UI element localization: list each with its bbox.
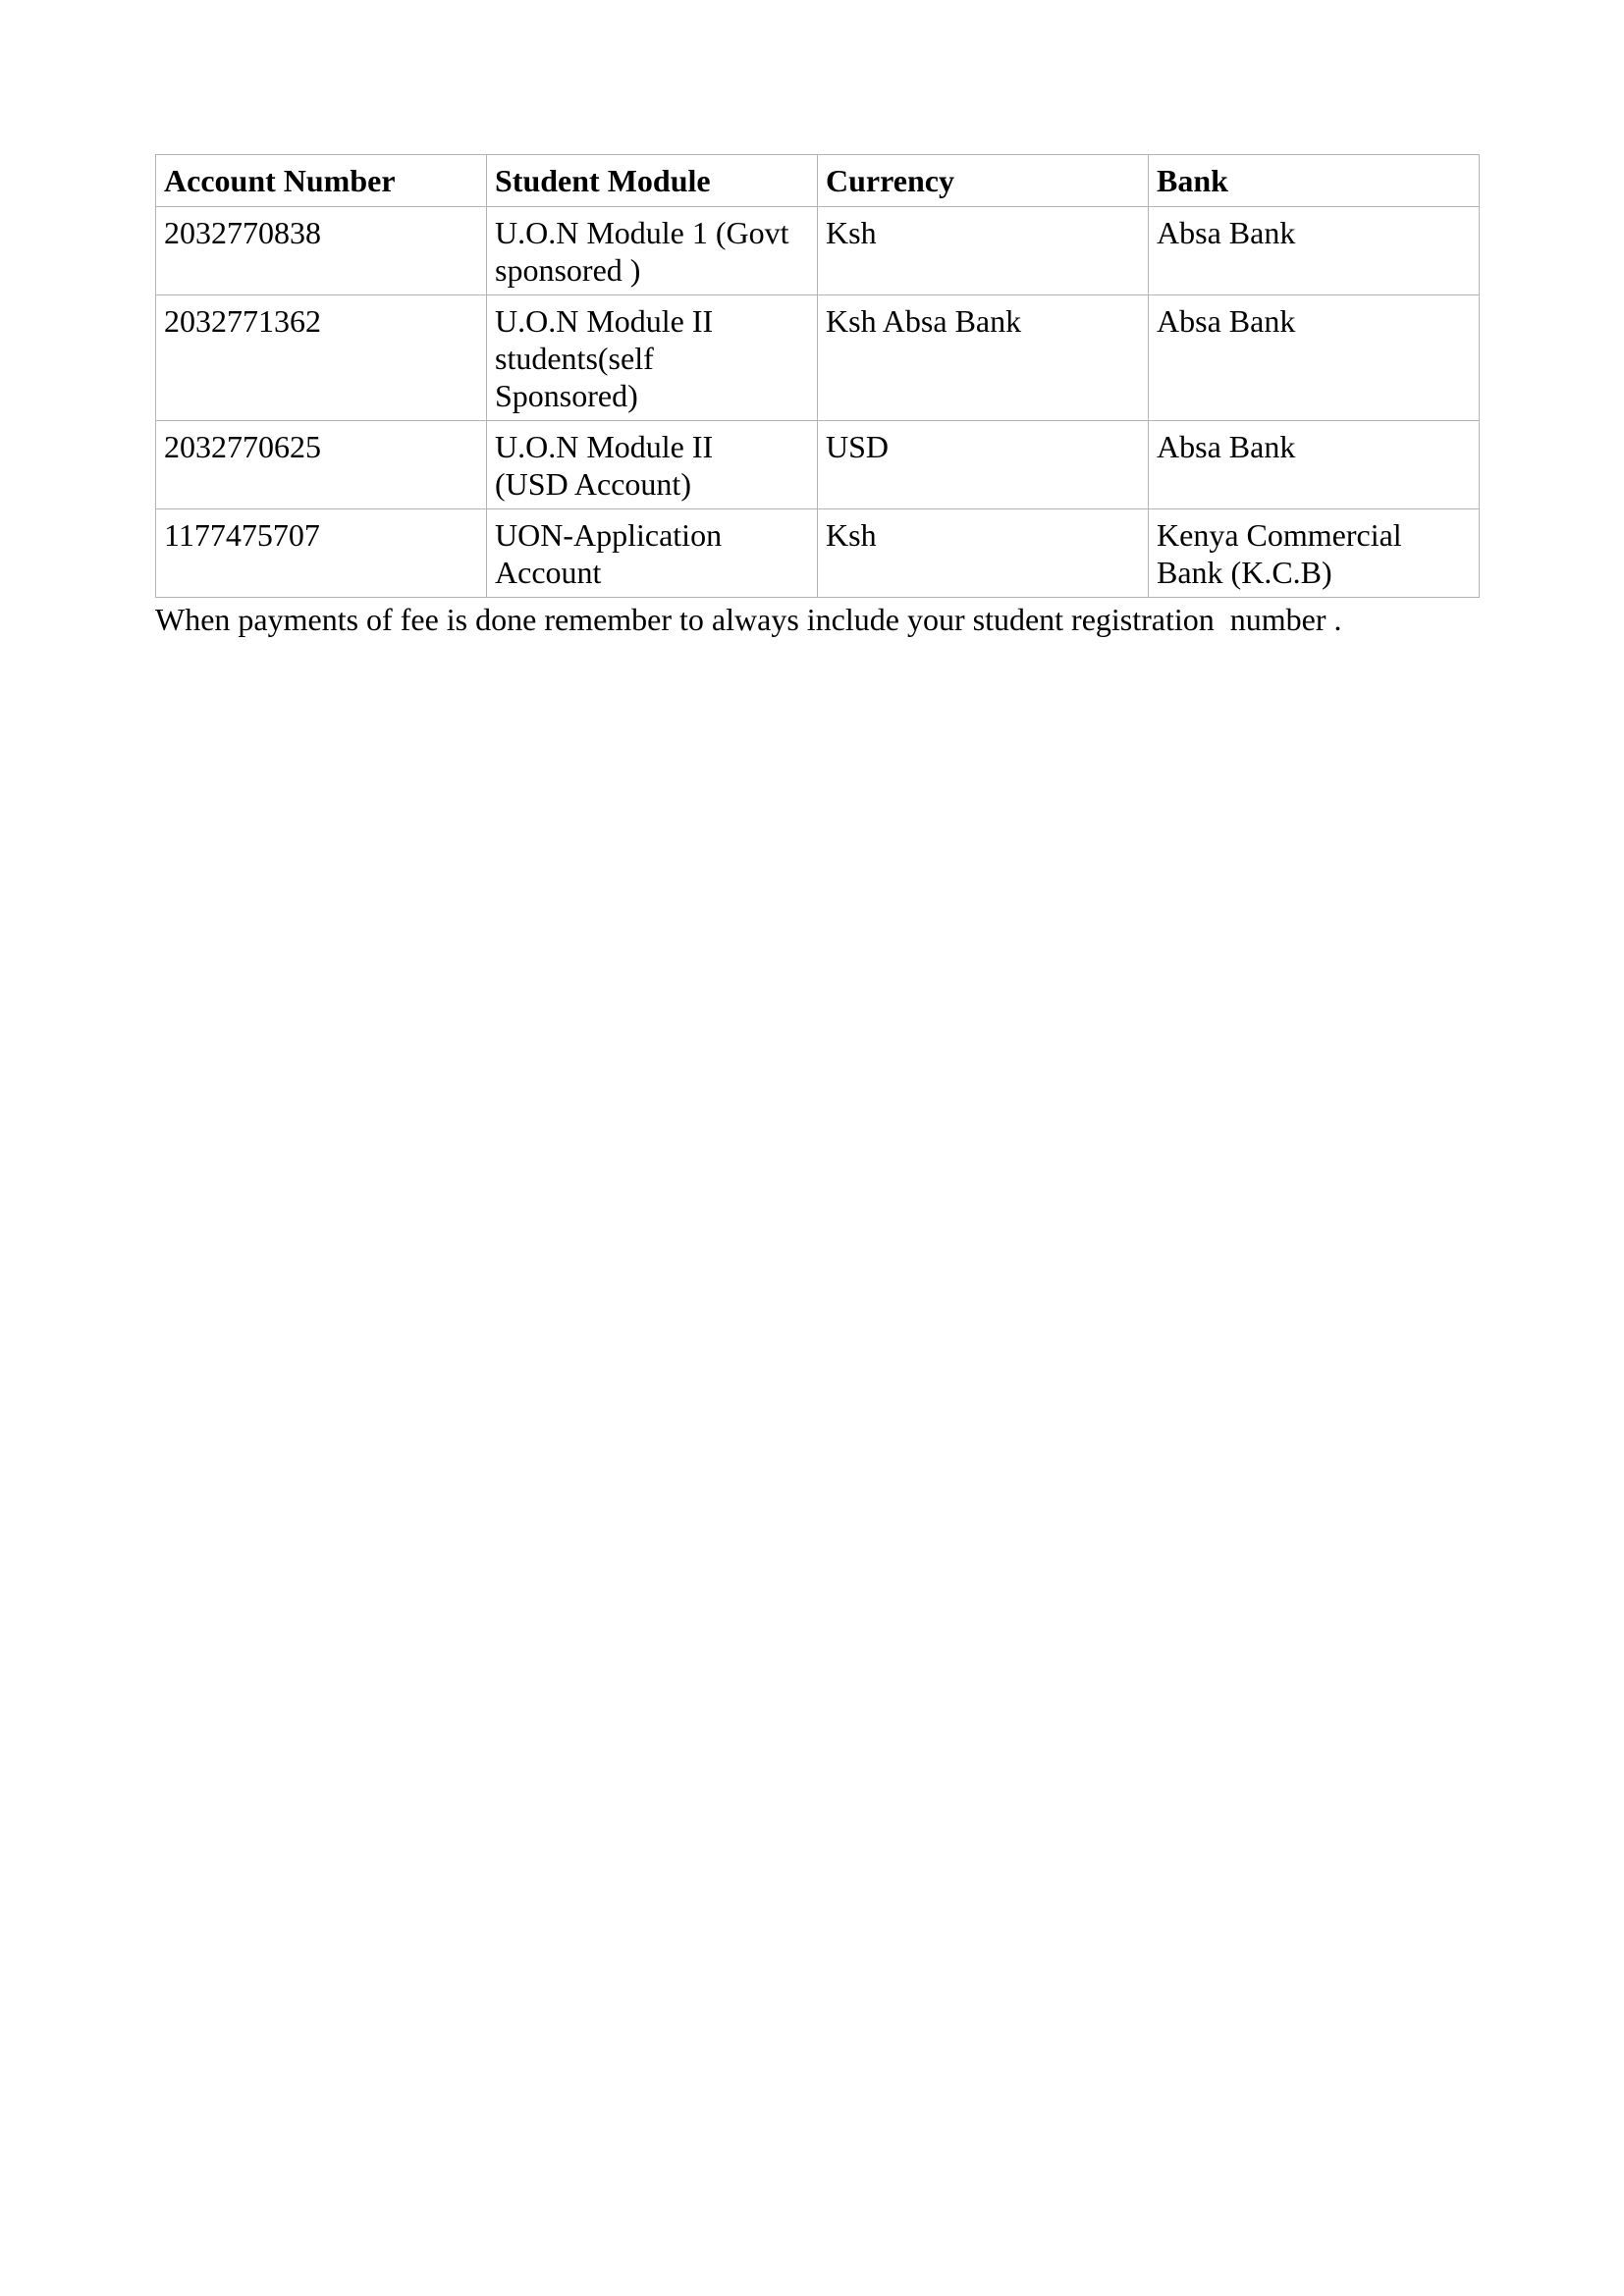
student-module-cell: U.O.N Module II (USD Account) [487,421,818,509]
currency-cell: USD [818,421,1149,509]
account-number-cell: 1177475707 [156,509,487,598]
account-number-cell: 2032770838 [156,207,487,295]
student-module-text: U.O.N Module 1 (Govt sponsored ) [495,214,789,289]
table-row: 2032771362 U.O.N Module II students(self… [156,295,1480,421]
header-bank: Bank [1149,155,1480,207]
bank-cell: Absa Bank [1149,207,1480,295]
account-number-cell: 2032770625 [156,421,487,509]
bank-accounts-table: Account Number Student Module Currency B… [155,154,1480,598]
table-header-row: Account Number Student Module Currency B… [156,155,1480,207]
currency-cell: Ksh Absa Bank [818,295,1149,421]
bank-cell: Absa Bank [1149,295,1480,421]
student-module-cell: UON-Application Account [487,509,818,598]
bank-cell: Absa Bank [1149,421,1480,509]
payment-note: When payments of fee is done remember to… [155,601,1479,638]
student-module-text: UON-Application Account [495,516,740,591]
account-number-cell: 2032771362 [156,295,487,421]
student-module-text: U.O.N Module II students(self Sponsored) [495,302,731,414]
currency-cell: Ksh [818,207,1149,295]
currency-cell: Ksh [818,509,1149,598]
student-module-cell: U.O.N Module II students(self Sponsored) [487,295,818,421]
header-student-module: Student Module [487,155,818,207]
header-currency: Currency [818,155,1149,207]
header-account-number: Account Number [156,155,487,207]
table-row: 2032770838 U.O.N Module 1 (Govt sponsore… [156,207,1480,295]
table-row: 1177475707 UON-Application Account Ksh K… [156,509,1480,598]
bank-text: Kenya Commercial Bank (K.C.B) [1157,516,1441,591]
student-module-cell: U.O.N Module 1 (Govt sponsored ) [487,207,818,295]
student-module-text: U.O.N Module II (USD Account) [495,428,731,503]
table-row: 2032770625 U.O.N Module II (USD Account)… [156,421,1480,509]
document-page: Account Number Student Module Currency B… [155,154,1479,638]
bank-cell: Kenya Commercial Bank (K.C.B) [1149,509,1480,598]
